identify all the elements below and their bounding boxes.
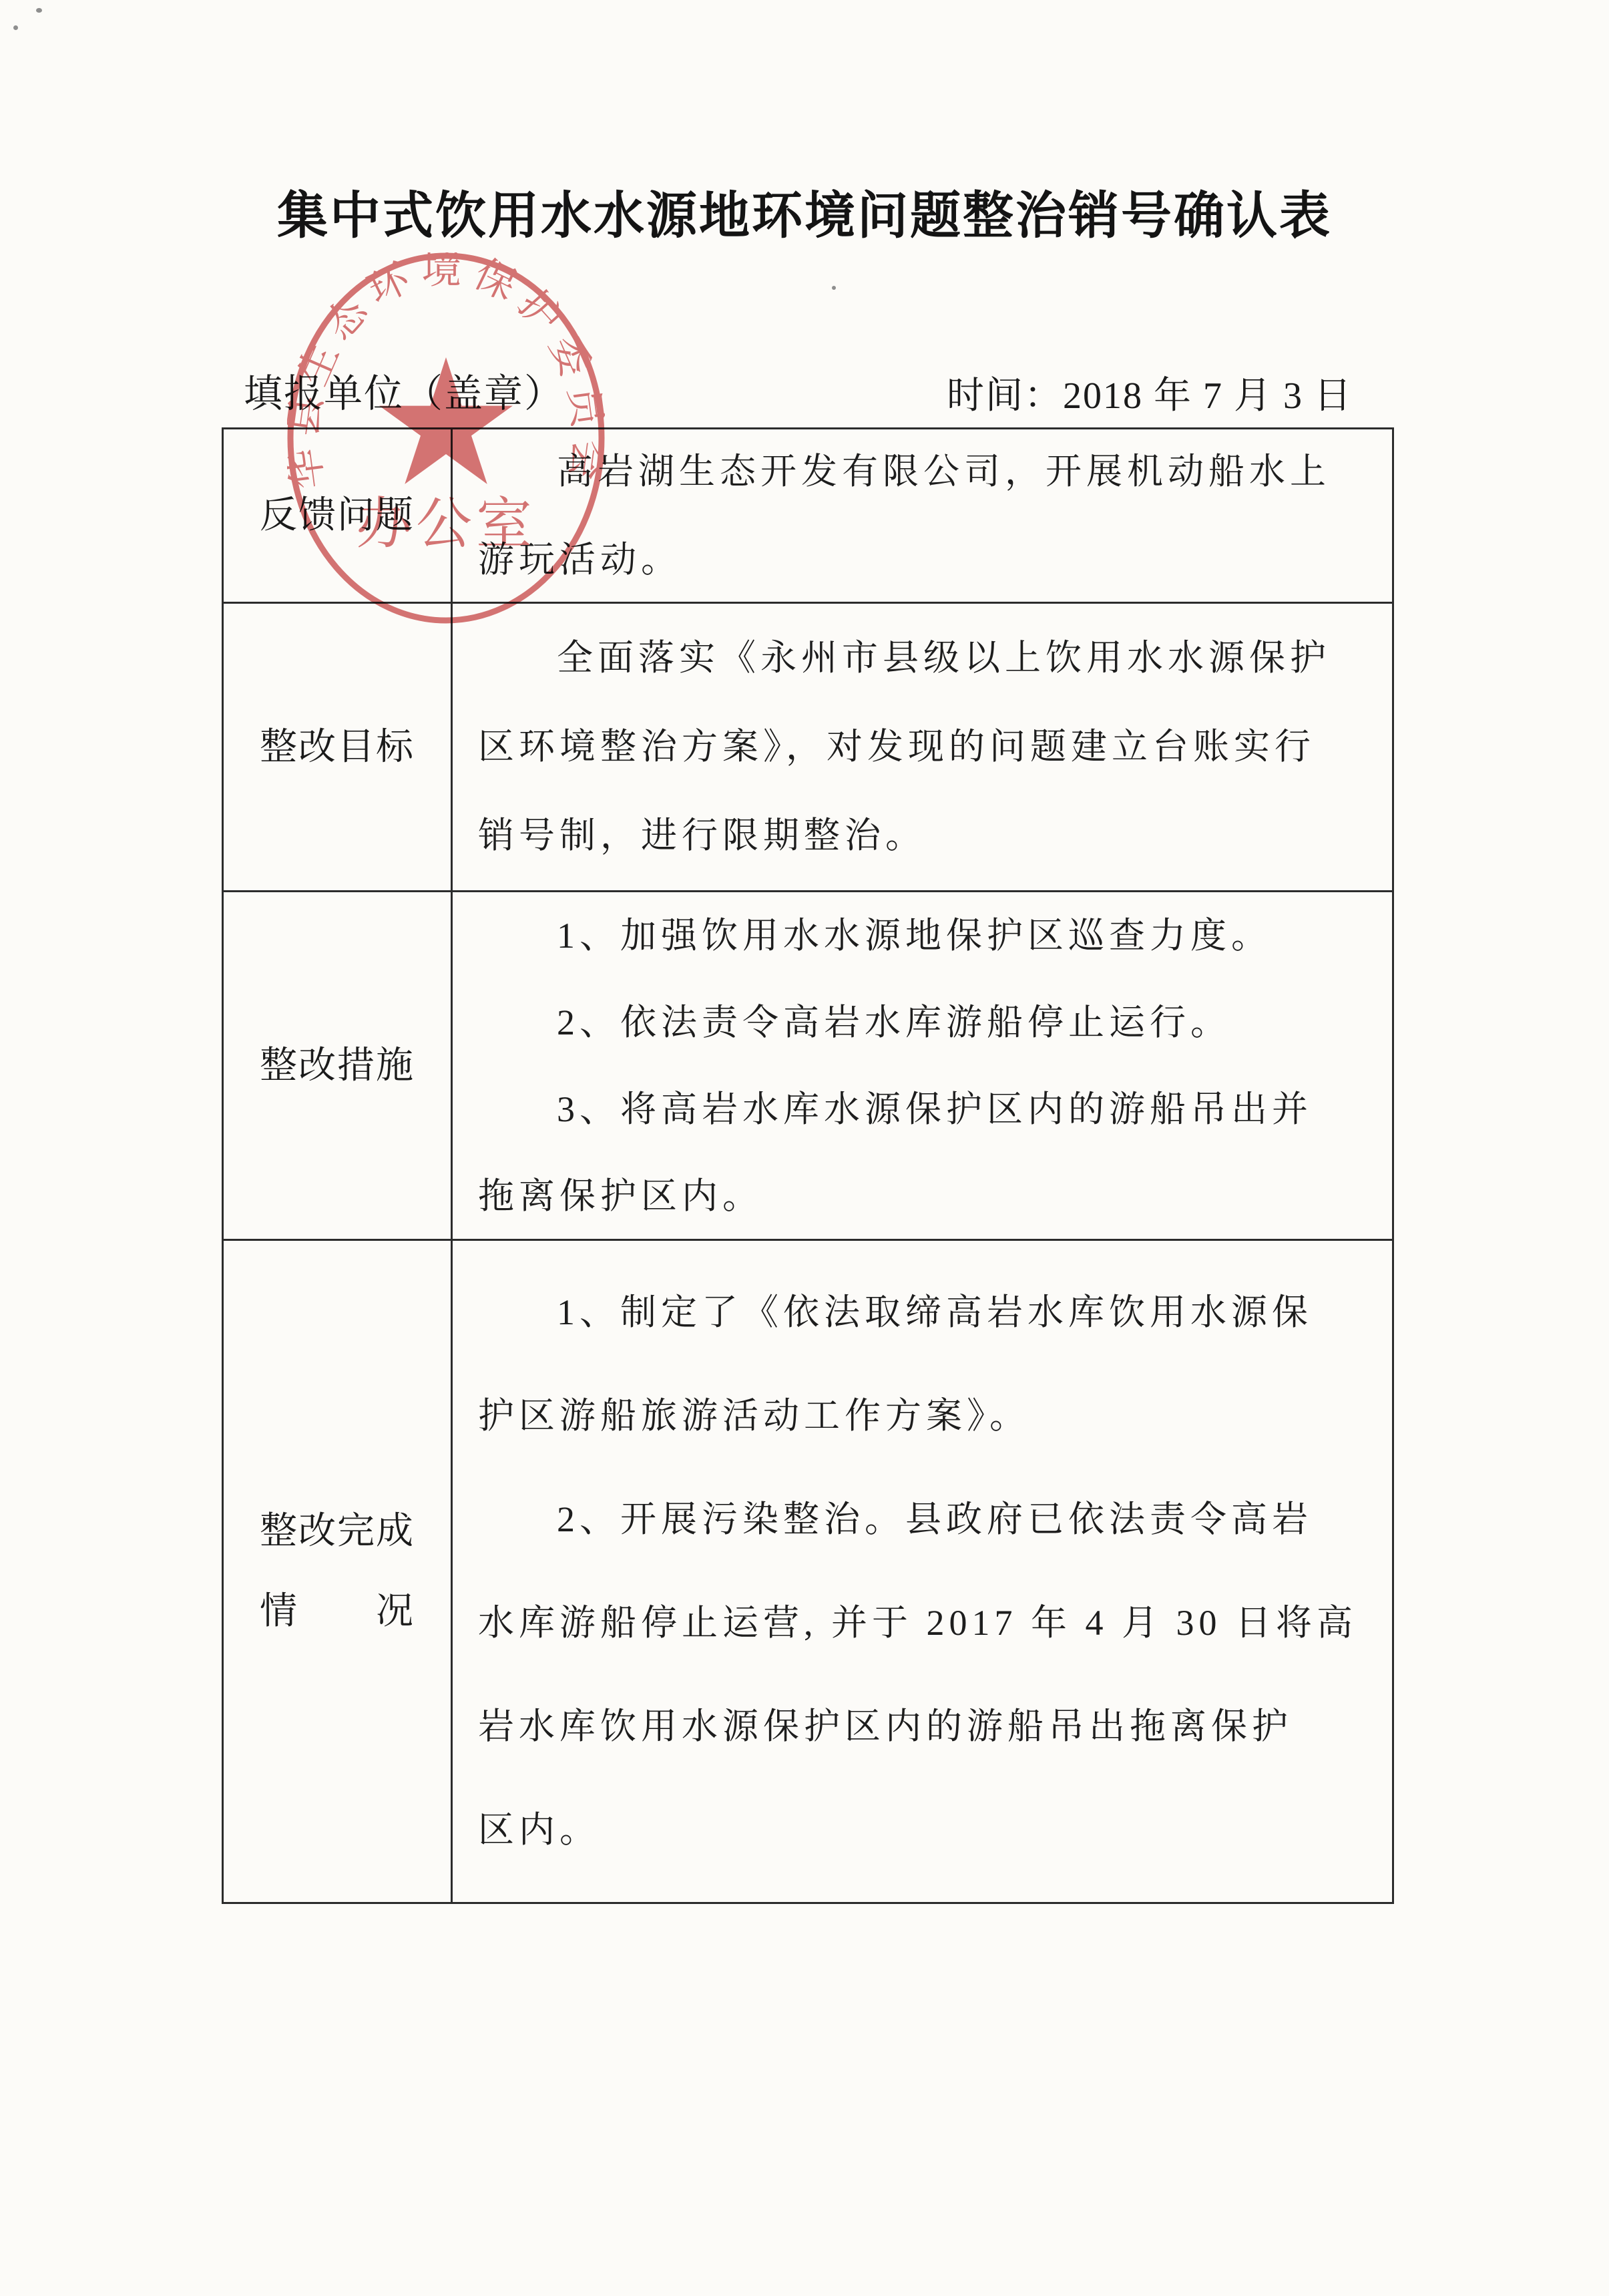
star-icon	[379, 357, 513, 484]
scan-speck	[13, 25, 18, 30]
text-line: 拖离保护区内。	[478, 1153, 1380, 1239]
scan-speck	[36, 8, 42, 13]
row-label-rectification-measures: 整改措施	[224, 890, 453, 1239]
official-stamp: 华县生态环境保护委员会 办公室	[287, 252, 605, 624]
text-line: 2、开展污染整治。县政府已依法责令高岩	[478, 1468, 1380, 1571]
stamp-office-text: 办公室	[356, 494, 536, 556]
text-line: 1、制定了《依法取缔高岩水库饮用水源保	[478, 1261, 1380, 1364]
text-line: 区环境整治方案》，对发现的问题建立台账实行	[478, 703, 1380, 791]
text-line: 高岩湖生态开发有限公司，开展机动船水上	[478, 427, 1380, 516]
row-label-completion-status: 整改完成 情 况	[224, 1239, 453, 1902]
row-label-text-line2: 情 况	[260, 1571, 415, 1652]
text-line: 销号制，进行限期整治。	[478, 791, 1380, 880]
row-label-text: 整改目标	[260, 707, 415, 787]
rectification-table: 反馈问题 高岩湖生态开发有限公司，开展机动船水上 游玩活动。 整改目标 全面落实…	[222, 427, 1394, 1904]
text-line: 岩水库饮用水源保护区内的游船吊出拖离保护	[478, 1675, 1380, 1778]
row-label-text-line1: 整改完成	[260, 1491, 415, 1571]
date-label: 时间：2018 年 7 月 3 日	[947, 366, 1353, 419]
row-content-rectification-measures: 1、加强饮用水水源地保护区巡查力度。 2、依法责令高岩水库游船停止运行。 3、将…	[453, 890, 1392, 1239]
text-line: 3、将高岩水库水源保护区内的游船吊出并	[478, 1066, 1380, 1153]
scanned-document-page: 集中式饮用水水源地环境问题整治销号确认表 填报单位（盖章） 时间：2018 年 …	[0, 0, 1609, 2296]
text-line: 水库游船停止运营, 并于 2017 年 4 月 30 日将高	[478, 1571, 1380, 1675]
text-line: 全面落实《永州市县级以上饮用水水源保护	[478, 614, 1380, 703]
text-line: 2、依法责令高岩水库游船停止运行。	[478, 979, 1380, 1066]
row-content-rectification-goal: 全面落实《永州市县级以上饮用水水源保护 区环境整治方案》，对发现的问题建立台账实…	[453, 602, 1392, 890]
text-line: 1、加强饮用水水源地保护区巡查力度。	[478, 892, 1380, 979]
scan-speck	[832, 286, 836, 290]
row-content-completion-status: 1、制定了《依法取缔高岩水库饮用水源保 护区游船旅游活动工作方案》。 2、开展污…	[453, 1239, 1392, 1902]
text-line: 护区游船旅游活动工作方案》。	[478, 1364, 1380, 1468]
row-label-rectification-goal: 整改目标	[224, 602, 453, 890]
text-line: 游玩活动。	[478, 516, 1380, 604]
text-line: 区内。	[478, 1778, 1380, 1882]
row-label-text: 整改措施	[260, 1026, 415, 1106]
page-title: 集中式饮用水水源地环境问题整治销号确认表	[0, 175, 1609, 248]
